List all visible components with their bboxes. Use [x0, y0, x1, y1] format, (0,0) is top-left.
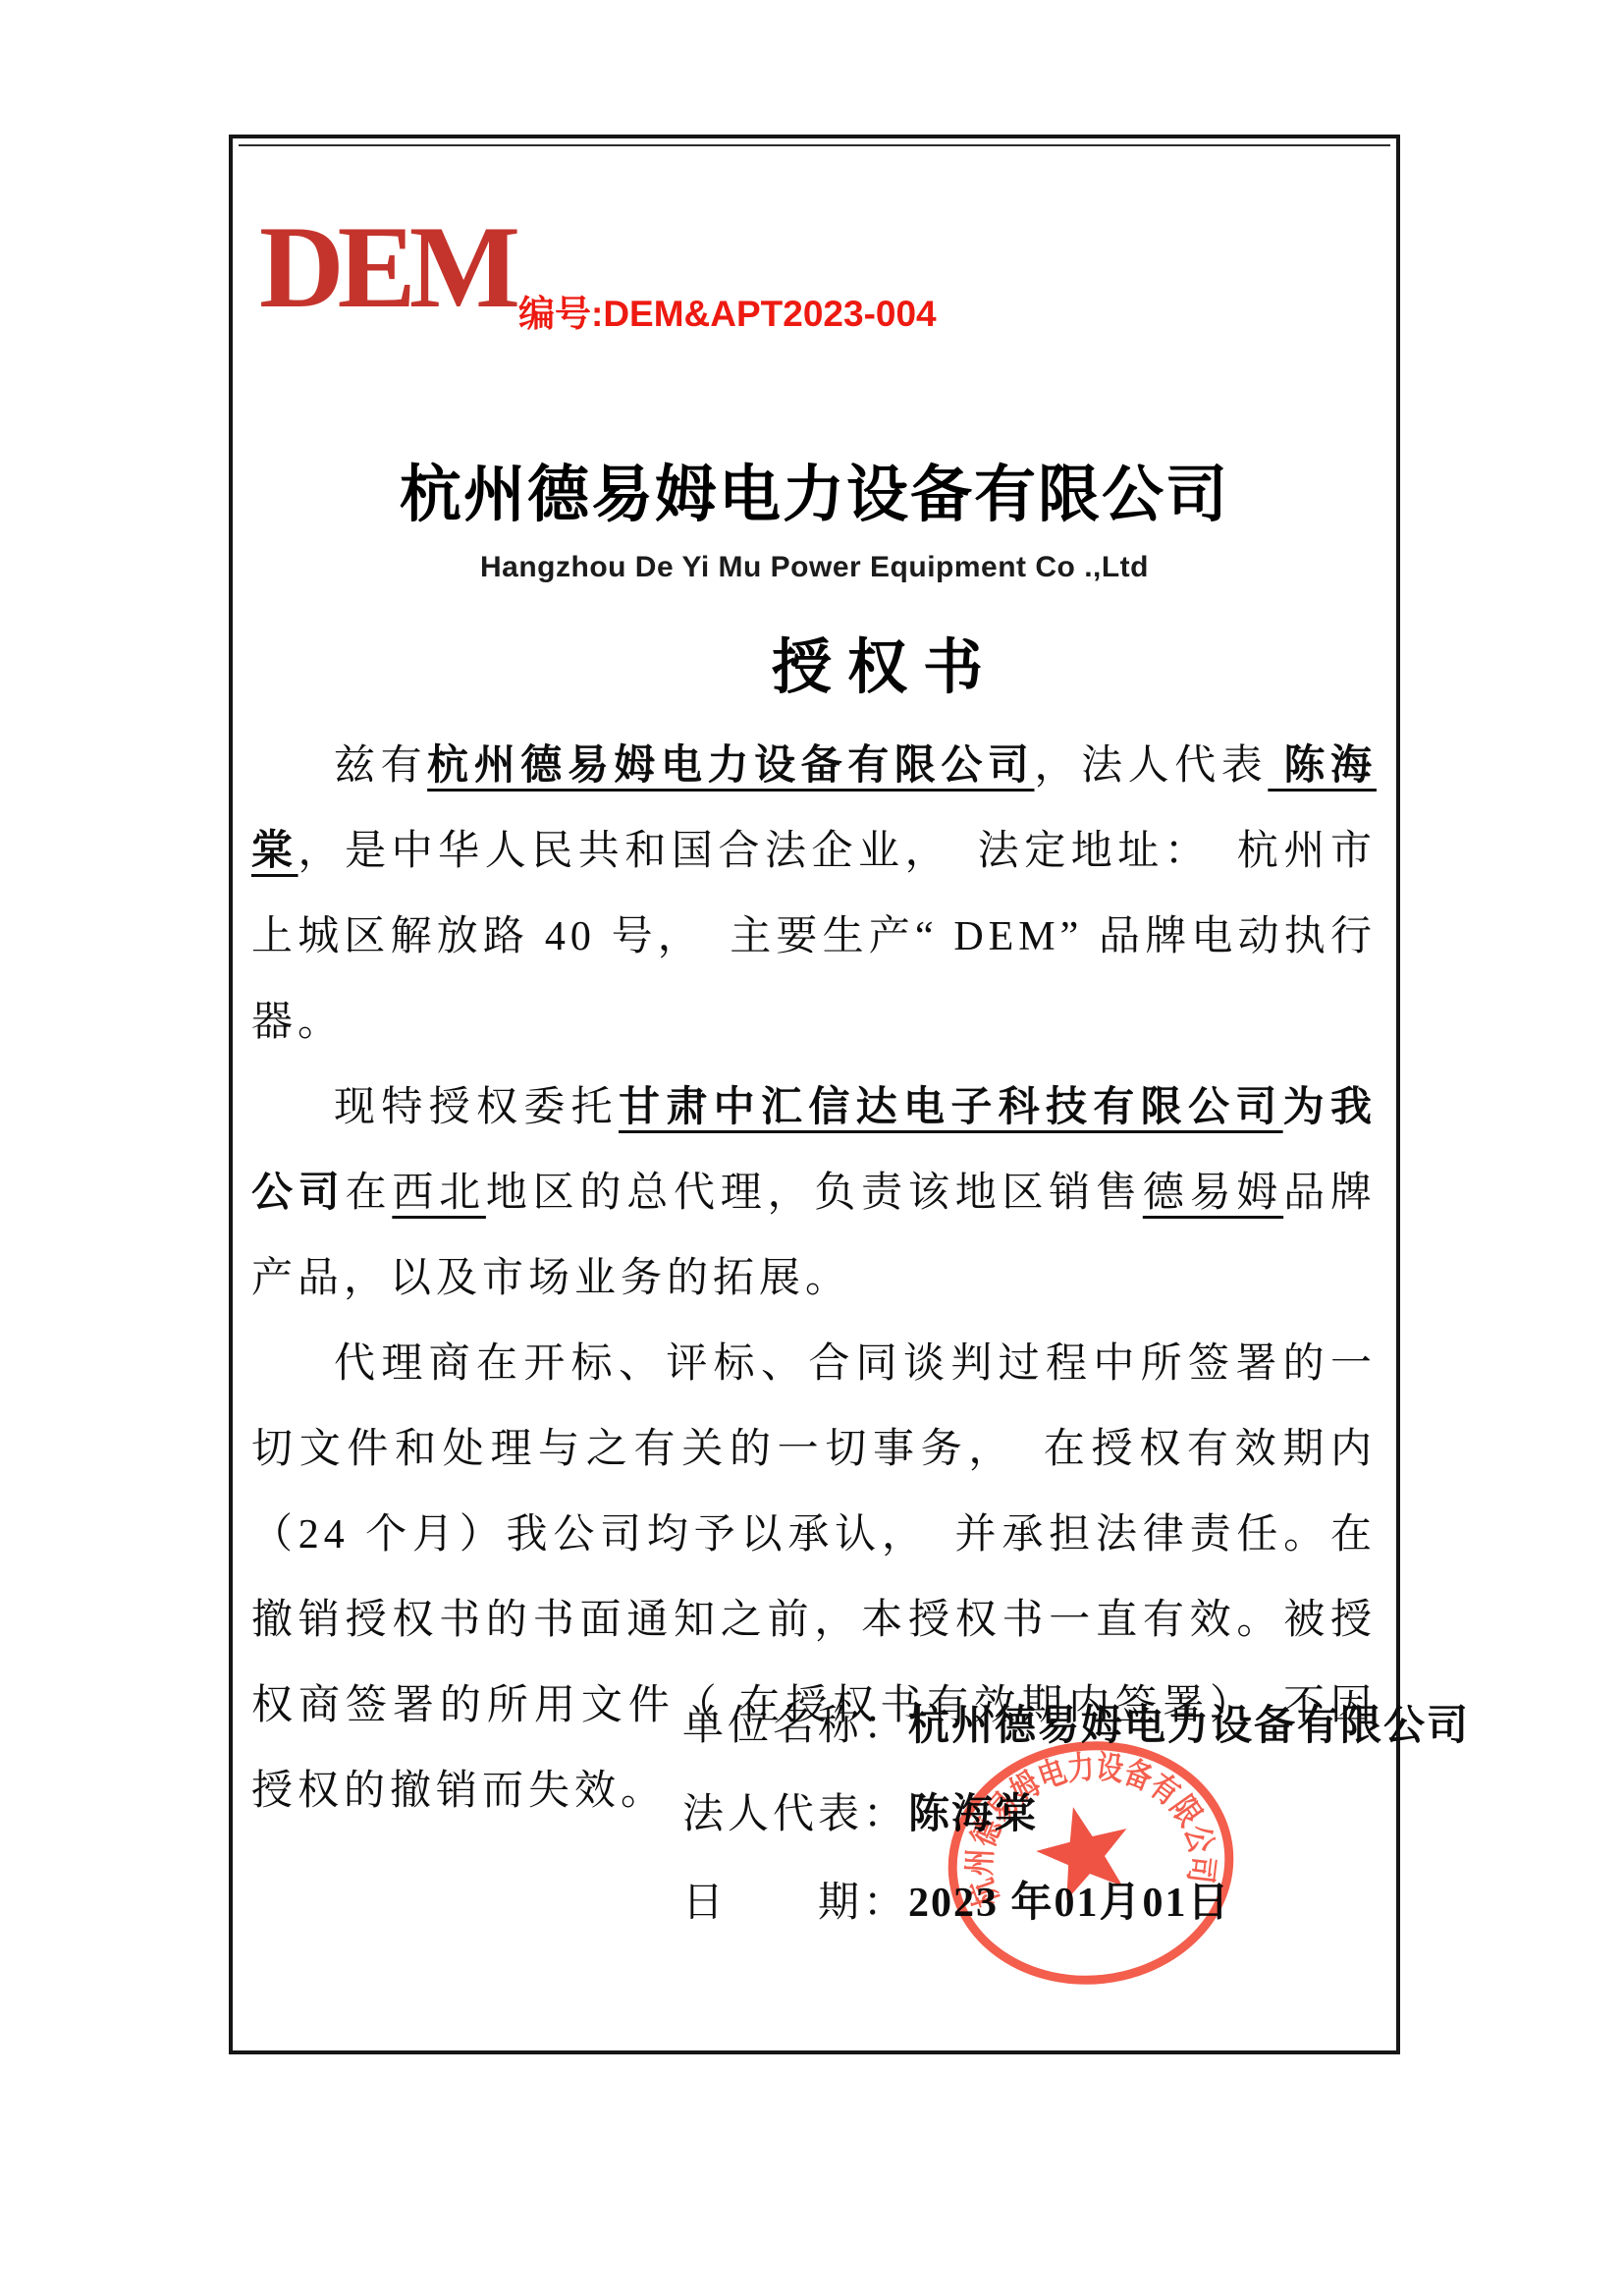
unit-name-label: 单位名称：	[682, 1704, 908, 1749]
letter-body: 兹有杭州德易姆电力设备有限公司，法人代表 陈海棠，是中华人民共和国合法企业， 法…	[251, 724, 1377, 1834]
text-run: ，是中华人民共和国合法企业， 法定地址： 杭州市上城区解放路 40 号， 主要生…	[251, 829, 1377, 1045]
text-run-agent-company-underlined: 甘肃中汇信达电子科技有限公司	[619, 1085, 1283, 1130]
text-run: 在	[346, 1171, 393, 1216]
inner-top-rule	[239, 144, 1390, 146]
text-run: 地区的总代理，负责该地区销售	[486, 1171, 1143, 1216]
text-run-brand-underlined: 德易姆	[1143, 1171, 1283, 1216]
paragraph-authorization: 现特授权委托甘肃中汇信达电子科技有限公司为我公司在西北地区的总代理，负责该地区销…	[251, 1066, 1377, 1322]
company-name-en: Hangzhou De Yi Mu Power Equipment Co .,L…	[229, 551, 1400, 583]
document-number: 编号:DEM&APT2023-004	[518, 295, 937, 335]
authorization-letter-page: DEM 编号:DEM&APT2023-004 杭州德易姆电力设备有限公司 Han…	[0, 0, 1624, 2295]
text-run: 现特授权委托	[334, 1085, 619, 1130]
seal-arc-text: 杭州德易姆电力设备有限公司	[949, 1736, 1224, 1912]
dem-logo: DEM	[259, 208, 514, 326]
seal-star-icon	[1032, 1802, 1133, 1903]
seal-group: 杭州德易姆电力设备有限公司	[943, 1736, 1239, 1990]
date-label: 日 期：	[682, 1881, 908, 1926]
company-seal-stamp: 杭州德易姆电力设备有限公司	[943, 1736, 1239, 1990]
text-run: ，法人代表	[1035, 743, 1269, 789]
document-title: 授权书	[229, 632, 1471, 704]
text-run: 兹有	[334, 743, 427, 789]
text-run-company-underlined: 杭州德易姆电力设备有限公司	[427, 743, 1034, 789]
paragraph-company-intro: 兹有杭州德易姆电力设备有限公司，法人代表 陈海棠，是中华人民共和国合法企业， 法…	[251, 724, 1377, 1066]
company-name-cn: 杭州德易姆电力设备有限公司	[229, 460, 1400, 530]
text-run-region-underlined: 西北	[392, 1171, 486, 1216]
legal-rep-label: 法人代表：	[682, 1792, 908, 1837]
